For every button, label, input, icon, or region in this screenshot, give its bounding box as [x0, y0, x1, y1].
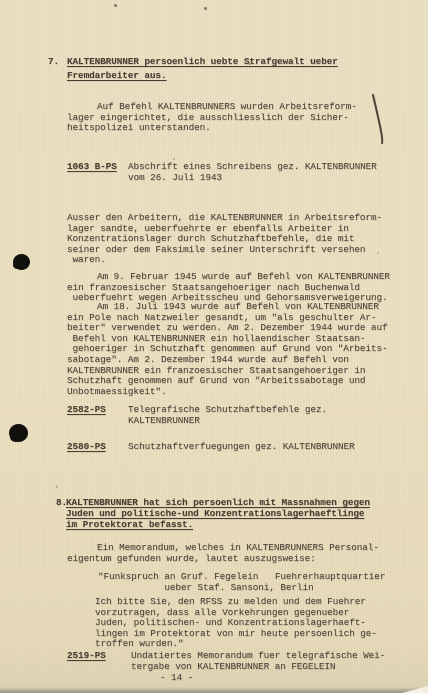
paper-speck	[173, 158, 175, 160]
scan-corner-sliver	[402, 686, 428, 693]
scanned-document-page: ʻ 7. KALTENBRUNNER persoenlich uebte Str…	[0, 0, 428, 693]
quote-header-funkspruch: "Funkspruch an Gruf. Fegelein Fuehrerhau…	[98, 572, 418, 593]
section7-paragraph-ausser: Ausser den Arbeitern, die KALTENBRUNNER …	[67, 213, 412, 266]
page-number: - 14 -	[160, 673, 193, 684]
exhibit-number-2580-PS: 2580-PS	[67, 442, 106, 453]
section7-number: 7.	[48, 55, 59, 69]
hole-punch-bottom	[9, 424, 28, 442]
section7-paragraph-befehl: Auf Befehl KALTENBRUNNERS wurden Arbeits…	[67, 102, 397, 134]
section8-paragraph-memorandum: Ein Memorandum, welches in KALTENBRUNNER…	[67, 543, 397, 564]
section7-paragraph-februar: Am 9. Februar 1945 wurde auf Befehl von …	[67, 272, 417, 304]
quote-body-ich-bitte: Ich bitte Sie, den RFSS zu melden und de…	[95, 597, 405, 650]
scan-bottom-edge	[0, 687, 428, 693]
exhibit-description-2519-PS: Undatiertes Memorandum fuer telegrafisch…	[131, 651, 421, 672]
section7-paragraph-juli: Am 18. Juli 1943 wurde auf Befehl von KA…	[67, 302, 417, 397]
exhibit-description-2580-PS: Schutzhaftverfuegungen gez. KALTENBRUNNE…	[128, 442, 408, 453]
exhibit-number-2519-PS: 2519-PS	[67, 651, 106, 662]
exhibit-description-2582-PS: Telegrafische Schutzhaftbefehle gez. KAL…	[128, 405, 408, 426]
hole-punch-top	[13, 254, 30, 270]
paper-speck	[114, 4, 117, 7]
exhibit-description-1063-B-PS: Abschrift eines Schreibens gez. KALTENBR…	[128, 162, 418, 183]
stray-pen-mark: ʻ	[54, 485, 61, 496]
exhibit-number-1063-B-PS: 1063 B-PS	[67, 162, 117, 173]
paper-speck	[204, 7, 207, 10]
section7-heading: KALTENBRUNNER persoenlich uebte Strafgew…	[67, 55, 367, 82]
exhibit-number-2582-PS: 2582-PS	[67, 405, 106, 416]
section8-heading: KALTENBRUNNER hat sich persoenlich mit M…	[66, 497, 406, 530]
